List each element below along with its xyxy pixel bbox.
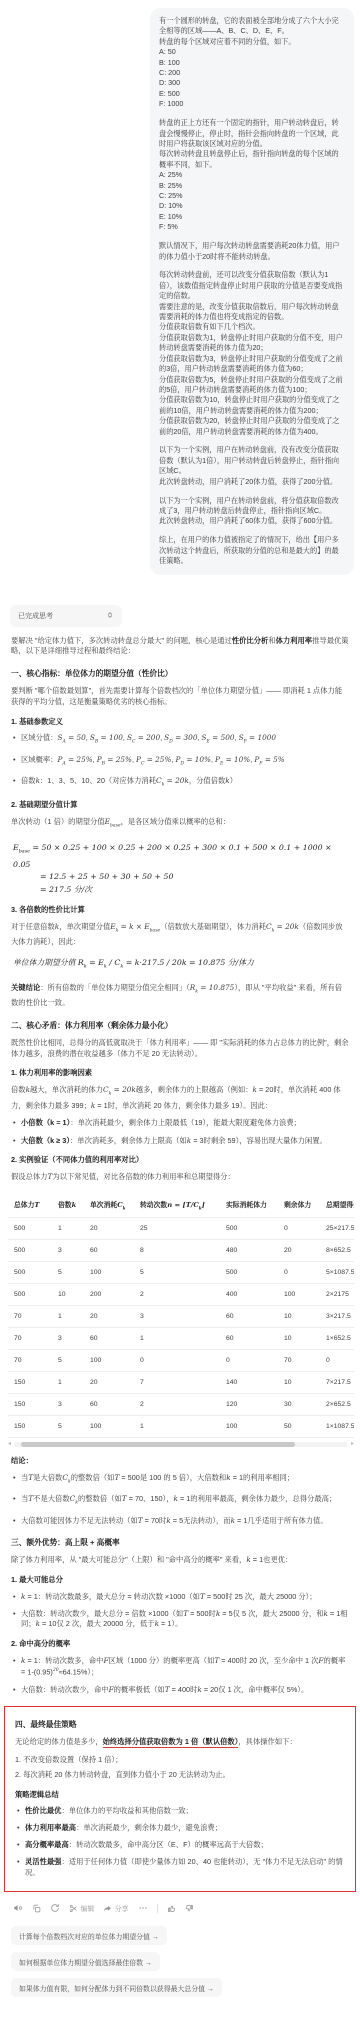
user-message-line: 此次转盘转动，用户消耗了20体力值，获得了200分值。 xyxy=(159,477,345,487)
high-score-probability-list: k = 1：转动次数多，命中F区域（1000 分）的概率更高（如T = 400时… xyxy=(11,1656,349,1696)
table-cell: 1 xyxy=(52,1306,84,1327)
table-cell: 60 xyxy=(84,1394,134,1415)
table-row: 70510000700 xyxy=(8,1350,354,1372)
regenerate-button[interactable] xyxy=(50,1903,60,1913)
table-cell: 100 xyxy=(84,1416,134,1437)
table-cell: 100 xyxy=(84,1350,134,1371)
table-header-cell: 单次消耗Ck xyxy=(84,1192,134,1217)
table-cell: 1×652.5 xyxy=(320,1328,354,1349)
math-line: Ebase = 50 × 0.25 + 100 × 0.25 + 200 × 0… xyxy=(13,842,349,872)
user-message-line: A: 50 xyxy=(159,47,345,57)
table-cell: 70 xyxy=(8,1350,52,1371)
table-cell: 20 xyxy=(278,1240,320,1261)
table-header-cell: 总体力T xyxy=(8,1192,52,1217)
final-strategy-box: 四、最终最佳策略 无论给定的体力值是多少，始终选择分值获取倍数为 1 倍（默认倍… xyxy=(4,1706,356,1892)
bullet-item: 大倍数：转动次数少，最大总分 = 倍数 ×1000（如T = 500时k = 5… xyxy=(11,1609,349,1630)
table-cell: 25 xyxy=(134,1218,220,1239)
table-cell: 500 xyxy=(8,1218,52,1239)
section-1-heading: 一、核心指标：单位体力的期望分值（性价比） xyxy=(11,668,349,679)
user-message-line xyxy=(159,437,345,446)
table-cell: 5 xyxy=(52,1262,84,1283)
message-actions-bar: 编辑 分享 xyxy=(11,1903,349,1913)
user-message-line: F: 5% xyxy=(159,222,345,232)
bullet-item: 当T是大倍数Ck的整数倍（如T = 500是 100 的 5 倍），大倍数和k … xyxy=(11,1473,349,1488)
parameter-list: 区域分值：SA = 50, SB = 100, SC = 200, SD = 3… xyxy=(11,733,349,791)
conclusion-list: 当T是大倍数Ck的整数倍（如T = 500是 100 的 5 倍），大倍数和k … xyxy=(11,1473,349,1527)
paragraph: 要判断 "哪个倍数最划算"，首先需要计算每个倍数档次的「单位体力期望分值」—— … xyxy=(11,686,349,708)
table-cell: 1×1087.5 xyxy=(320,1416,354,1437)
table-row: 50012025500025×217.5 xyxy=(8,1218,354,1240)
user-message-line: 分值获取倍数为1，转盘停止时用户获取的分值不变，用户转动转盘需要消耗的体力值为2… xyxy=(159,333,345,354)
share-button[interactable]: 分享 xyxy=(103,1903,128,1913)
table-cell: 20 xyxy=(84,1372,134,1393)
table-cell: 480 xyxy=(220,1240,278,1261)
paragraph: 假设总体力T为以下常见值，对比各倍数的体力利用率和总期望得分： xyxy=(11,1172,349,1183)
suggestion-chip[interactable]: 如果体力值有限，如何分配体力到不同倍数以获得最大总分值 → xyxy=(11,1978,222,1997)
table-cell: 100 xyxy=(220,1416,278,1437)
user-message-line: 分值获取倍数为5，转盘停止时用户获取的分值变成了之前的5倍，用户转动转盘需要消耗… xyxy=(159,375,345,396)
bullet-item: 区域概率：PA = 25%, PB = 25%, PC = 25%, PD = … xyxy=(11,755,349,770)
table-cell: 10 xyxy=(278,1328,320,1349)
user-message-line: C: 200 xyxy=(159,68,345,78)
table-cell: 70 xyxy=(278,1350,320,1371)
table-cell: 500 xyxy=(220,1218,278,1239)
table-cell: 10 xyxy=(278,1372,320,1393)
table-header-cell: 总期望得分 xyxy=(320,1192,354,1217)
table-cell: 70 xyxy=(8,1328,52,1349)
user-message-line xyxy=(159,487,345,496)
thinking-label: 已完成思考 xyxy=(18,611,53,621)
subheading: 2. 命中高分的概率 xyxy=(11,1639,349,1649)
paragraph: 对于任意倍数k，单次期望分值Ek = k × Ebase（倍数放大基础期望），体… xyxy=(11,922,349,948)
user-message-line xyxy=(159,233,345,242)
table-cell: 7 xyxy=(134,1372,220,1393)
table-cell: 7×217.5 xyxy=(320,1372,354,1393)
user-message-bubble: 有一个圆形的转盘，它的表面被全部地分成了六个大小完全相等的区域——A、B、C、D… xyxy=(150,8,354,575)
table-cell: 1 xyxy=(52,1372,84,1393)
strategy-emphasis: 始终选择分值获取倍数为 1 倍（默认倍数） xyxy=(103,1737,239,1748)
user-message-line xyxy=(159,262,345,271)
table-cell: 500 xyxy=(8,1262,52,1283)
table-cell: 100 xyxy=(278,1284,320,1305)
table-cell: 8×652.5 xyxy=(320,1240,354,1261)
user-message-line: 需要注意的是，改变分值获取倍数后，用户每次转动转盘需要消耗的体力值也将变成指定的… xyxy=(159,302,345,323)
bullet-item: 灵活性最强：适用于任何体力值（即使少量体力如 20、40 也能转动），无 "体力… xyxy=(15,1857,345,1878)
table-cell: 50 xyxy=(278,1416,320,1437)
bullet-item: 区域分值：SA = 50, SB = 100, SC = 200, SD = 3… xyxy=(11,733,349,748)
section-2-heading: 二、核心矛盾：体力利用率（剩余体力最小化） xyxy=(11,1020,349,1031)
suggestion-chip[interactable]: 计算每个倍数档次对应的单位体力期望分值 → xyxy=(11,1926,167,1945)
table-cell: 3 xyxy=(52,1240,84,1261)
suggestion-chips: 计算每个倍数档次对应的单位体力期望分值 →如何根据单位体力期望分值选择最佳倍数 … xyxy=(11,1926,349,1997)
math-line: = 217.5 分/次 xyxy=(13,884,349,897)
strategy-steps: 1. 不改变倍数设置（保持 1 倍）；2. 每次消耗 20 体力转动转盘，直到体… xyxy=(15,1755,345,1781)
table-cell: 70 xyxy=(8,1306,52,1327)
table-cell: 5 xyxy=(52,1416,84,1437)
table-cell: 500 xyxy=(8,1240,52,1261)
utilization-table[interactable]: 总体力T倍数k单次消耗Ck转动次数n = ⌊T/Ck⌋实际消耗体力剩余体力总期望… xyxy=(8,1192,354,1438)
table-cell: 150 xyxy=(8,1416,52,1437)
key-conclusion: 关键结论：所有倍数的「单位体力期望分值完全相同」（Rk = 10.875），即从… xyxy=(11,983,349,1009)
strategy-summary-list: 性价比最优：单位体力的平均收益和其他倍数一致；体力利用率最高：单次消耗最少，剩余… xyxy=(15,1806,345,1878)
table-cell: 1 xyxy=(52,1218,84,1239)
share-icon xyxy=(103,1904,112,1913)
copy-button[interactable] xyxy=(32,1904,41,1913)
assistant-message: 要解决 "给定体力值下，多次转动转盘总分最大" 的问题，核心是通过性价比分析和体… xyxy=(0,627,360,1998)
table-cell: 200 xyxy=(84,1284,134,1305)
speaker-icon xyxy=(13,1903,23,1913)
user-message-line: E: 10% xyxy=(159,212,345,222)
user-message-line: A: 25% xyxy=(159,170,345,180)
table-cell: 60 xyxy=(84,1328,134,1349)
table-cell: 400 xyxy=(220,1284,278,1305)
strategy-statement: 无论给定的体力值是多少，始终选择分值获取倍数为 1 倍（默认倍数），具体操作如下… xyxy=(15,1737,345,1748)
paragraph: 倍数k越大，单次消耗的体力Ck = 20k越多，剩余体力的上限越高（例如：k =… xyxy=(11,1085,349,1111)
table-cell: 100 xyxy=(84,1262,134,1283)
table-header-cell: 倍数k xyxy=(52,1192,84,1217)
edit-label: 编辑 xyxy=(81,1903,95,1913)
table-cell: 150 xyxy=(8,1394,52,1415)
table-cell: 60 xyxy=(220,1328,278,1349)
section-3-heading: 三、额外优势：高上限 + 高概率 xyxy=(11,1537,349,1548)
paragraph: 既然性价比相同，总得分的高低就取决于「体力利用率」—— 即 "实际消耗的体力占总… xyxy=(11,1038,349,1060)
user-message-line: 以下为一个实例，用户在转动转盘前，将分值获取倍数改成了3，用户转动转盘后转盘停止… xyxy=(159,496,345,517)
user-message-line: 有一个圆形的转盘，它的表面被全部地分成了六个大小完全相等的区域——A、B、C、D… xyxy=(159,16,345,37)
conclusion-heading: 结论： xyxy=(11,1456,349,1466)
user-message-line: 分值获取倍数为10，转盘停止时用户获取的分值变成了之前的10倍，用户转动转盘需要… xyxy=(159,395,345,416)
table-cell: 2 xyxy=(134,1394,220,1415)
dislike-button[interactable] xyxy=(185,1904,194,1913)
table-cell: 150 xyxy=(8,1372,52,1393)
user-message-line xyxy=(159,110,345,119)
share-label: 分享 xyxy=(115,1903,129,1913)
paragraph: 除了体力利用率，从 "最大可能总分"（上限）和 "命中高分的概率" 来看，k =… xyxy=(11,1555,349,1566)
table-header-row: 总体力T倍数k单次消耗Ck转动次数n = ⌊T/Ck⌋实际消耗体力剩余体力总期望… xyxy=(8,1192,354,1218)
table-row: 5001020024001002×2175 xyxy=(8,1284,354,1306)
table-cell: 500 xyxy=(8,1284,52,1305)
table-row: 5003608480208×652.5 xyxy=(8,1240,354,1262)
user-message-line: 分值获取倍数为20，转盘停止时用户获取的分值变成了之前的20倍，用户转动转盘需要… xyxy=(159,416,345,437)
bullet-item: 性价比最优：单位体力的平均收益和其他倍数一致； xyxy=(15,1806,345,1817)
bullet-item: 体力利用率最高：单次消耗最少，剩余体力最少，避免浪费； xyxy=(15,1823,345,1834)
table-cell: 120 xyxy=(220,1394,278,1415)
table-cell: 20 xyxy=(84,1306,134,1327)
statement-suffix: ，具体操作如下： xyxy=(238,1737,296,1746)
more-button[interactable] xyxy=(138,1903,148,1913)
user-message-line: 转盘的每个区域对应着不同的分值，如下。 xyxy=(159,37,345,47)
table-cell: 0 xyxy=(320,1350,354,1371)
bullet-item: 高分概率最高：转动次数最多，命中高分区（E、F）的概率远高于大倍数； xyxy=(15,1840,345,1851)
user-message-line: D: 10% xyxy=(159,201,345,211)
user-message-line: F: 1000 xyxy=(159,99,345,109)
statement-prefix: 无论给定的体力值是多少， xyxy=(15,1737,103,1746)
bullet-item: 倍数k：1、3、5、10、20（对应体力消耗Ck = 20k，分值倍数k） xyxy=(11,776,349,791)
table-row: 1501207140107×217.5 xyxy=(8,1372,354,1394)
table-cell: 140 xyxy=(220,1372,278,1393)
table-cell: 10 xyxy=(278,1306,320,1327)
table-cell: 8 xyxy=(134,1240,220,1261)
scrollbar-thumb[interactable] xyxy=(21,1442,295,1447)
like-button[interactable] xyxy=(167,1904,176,1913)
max-score-list: k = 1：转动次数最多，最大总分 = 转动次数 ×1000（如T = 500时… xyxy=(11,1592,349,1630)
user-message-line: B: 100 xyxy=(159,58,345,68)
user-message-line: E: 500 xyxy=(159,89,345,99)
user-message-line: C: 25% xyxy=(159,191,345,201)
table-header-cell: 剩余体力 xyxy=(278,1192,320,1217)
table-cell: 0 xyxy=(134,1350,220,1371)
suggestion-chip[interactable]: 如何根据单位体力期望分值选择最佳倍数 → xyxy=(11,1952,160,1971)
table-cell: 3 xyxy=(52,1394,84,1415)
chat-root: 有一个圆形的转盘，它的表面被全部地分成了六个大小完全相等的区域——A、B、C、D… xyxy=(0,8,360,1997)
subheading: 1. 基础参数定义 xyxy=(11,717,349,727)
table-cell: 2×2175 xyxy=(320,1284,354,1305)
user-message-line: 此次转盘转动，用户消耗了60体力值，获得了600分值。 xyxy=(159,516,345,526)
refresh-icon xyxy=(50,1903,60,1913)
paragraph: 单次转动（1 倍）的期望分值Ebase，是各区域分值乘以概率的总和： xyxy=(11,817,349,832)
user-message-line: 转盘的正上方还有一个固定的指针，用户转动转盘后，转盘会慢慢停止，停止时，指针会指… xyxy=(159,118,345,149)
subheading: 1. 体力利用率的影响因素 xyxy=(11,1068,349,1078)
multiplier-comparison-list: 小倍数（k = 1）：单次消耗最少，剩余体力上限最低（19），能最大限度避免体力… xyxy=(11,1118,349,1146)
user-message-line: 分值获取倍数有如下几个档次。 xyxy=(159,322,345,332)
step-item: 2. 每次消耗 20 体力转动转盘，直到体力值小于 20 无法转动为止。 xyxy=(15,1770,345,1781)
table-cell: 60 xyxy=(84,1240,134,1261)
table-row: 1503602120302×652.5 xyxy=(8,1394,354,1416)
bullet-item: 大倍数（k ≥ 3）：单次消耗多，剩余体力上限高（如k = 3时剩余 59），容… xyxy=(11,1136,349,1147)
user-message-line: B: 25% xyxy=(159,181,345,191)
strategy-summary-heading: 策略逻辑总结 xyxy=(15,1790,345,1800)
scroll-right-arrow-icon[interactable]: ▸ xyxy=(351,1441,354,1447)
table-header-cell: 实际消耗体力 xyxy=(220,1192,278,1217)
subheading: 2. 实例验证（不同体力值的利用率对比） xyxy=(11,1155,349,1165)
table-scrollbar[interactable]: ◂ ▸ xyxy=(8,1441,354,1447)
bullet-item: 大倍数可能因体力不足无法转动（如T = 70时k = 5无法转动），而k = 1… xyxy=(11,1516,349,1527)
scrollbar-track[interactable] xyxy=(14,1442,348,1447)
table-cell: 20 xyxy=(84,1218,134,1239)
table-cell: 2 xyxy=(134,1284,220,1305)
subheading: 1. 最大可能总分 xyxy=(11,1575,349,1585)
thumbs-up-icon xyxy=(167,1904,176,1913)
section-4-heading: 四、最终最佳策略 xyxy=(15,1719,345,1730)
bullet-item: 当T不是大倍数Ck的整数倍（如T = 70、150），k = 1的利用率最高，剩… xyxy=(11,1494,349,1509)
table-cell: 5 xyxy=(134,1262,220,1283)
bullet-item: 小倍数（k = 1）：单次消耗最少，剩余体力上限最低（19），能最大限度避免体力… xyxy=(11,1118,349,1129)
user-message-line: 综上，在用户的体力值被指定了的情况下，给出【用户多次转动这个转盘后，所获取的分值… xyxy=(159,535,345,566)
table-cell: 1 xyxy=(134,1416,220,1437)
ellipsis-icon xyxy=(138,1903,148,1913)
bullet-item: k = 1：转动次数最多，最大总分 = 转动次数 ×1000（如T = 500时… xyxy=(11,1592,349,1603)
bullet-item: k = 1：转动次数多，命中F区域（1000 分）的概率更高（如T = 400时… xyxy=(11,1656,349,1679)
user-message-line: D: 300 xyxy=(159,78,345,88)
copy-icon xyxy=(32,1904,41,1913)
user-message-line: 分值获取倍数为3，转盘停止时用户获取的分值变成了之前的3倍，用户转动转盘需要消耗… xyxy=(159,354,345,375)
table-cell: 3 xyxy=(52,1328,84,1349)
table-cell: 10 xyxy=(52,1284,84,1305)
math-line: = 12.5 + 25 + 50 + 30 + 50 + 50 xyxy=(13,871,349,884)
table-row: 70120360103×217.5 xyxy=(8,1306,354,1328)
table-cell: 0 xyxy=(278,1262,320,1283)
table-row: 15051001100501×1087.5 xyxy=(8,1416,354,1438)
user-message-line: 以下为一个实例，用户在转动转盘前，没有改变分值获取倍数（默认为1倍），用户转动转… xyxy=(159,445,345,476)
table-cell: 0 xyxy=(220,1350,278,1371)
edit-button[interactable]: 编辑 xyxy=(69,1903,94,1913)
actions-divider xyxy=(157,1904,158,1913)
table-cell: 60 xyxy=(220,1306,278,1327)
table-cell: 5×1087.5 xyxy=(320,1262,354,1283)
table-cell: 3 xyxy=(134,1306,220,1327)
table-cell: 3×217.5 xyxy=(320,1306,354,1327)
unit-value-formula: 单位体力期望分值 Rk = Ek / Ck = k·217.5 / 20k = … xyxy=(13,957,349,974)
table-header-cell: 转动次数n = ⌊T/Ck⌋ xyxy=(134,1192,220,1217)
subheading: 2. 基础期望分值计算 xyxy=(11,800,349,810)
thinking-toggle-button[interactable]: 已完成思考 xyxy=(10,605,122,627)
user-message-line: 默认情况下，用户每次转动转盘需要消耗20体力值，用户的体力值小于20时将不能转动… xyxy=(159,241,345,262)
read-aloud-button[interactable] xyxy=(13,1903,23,1913)
expand-icon xyxy=(106,611,114,621)
answer-intro: 要解决 "给定体力值下，多次转动转盘总分最大" 的问题，核心是通过性价比分析和体… xyxy=(11,636,349,658)
step-item: 1. 不改变倍数设置（保持 1 倍）； xyxy=(15,1755,345,1766)
table-cell: 5 xyxy=(52,1350,84,1371)
subheading: 3. 各倍数的性价比计算 xyxy=(11,905,349,915)
thumbs-down-icon xyxy=(185,1904,194,1913)
scroll-left-arrow-icon[interactable]: ◂ xyxy=(8,1441,11,1447)
table-cell: 500 xyxy=(220,1262,278,1283)
expected-value-formula: Ebase = 50 × 0.25 + 100 × 0.25 + 200 × 0… xyxy=(13,842,349,897)
table-row: 5005100550005×1087.5 xyxy=(8,1262,354,1284)
user-message-line: 每次转动转盘前，还可以改变分值获取倍数（默认为1倍），该数值指定转盘停止时用户获… xyxy=(159,270,345,301)
table-row: 70360160101×652.5 xyxy=(8,1328,354,1350)
table-cell: 2×652.5 xyxy=(320,1394,354,1415)
user-message-line xyxy=(159,527,345,536)
table-cell: 25×217.5 xyxy=(320,1218,354,1239)
bullet-item: 大倍数：转动次数少，命中F的概率极低（如T = 400时k = 20仅 1 次，… xyxy=(11,1685,349,1696)
table-cell: 1 xyxy=(134,1328,220,1349)
scissors-icon xyxy=(69,1904,78,1913)
table-cell: 0 xyxy=(278,1218,320,1239)
table-cell: 30 xyxy=(278,1394,320,1415)
user-message-line: 每次转动转盘且转盘停止后，指针指向转盘的每个区域的概率不同，如下。 xyxy=(159,149,345,170)
